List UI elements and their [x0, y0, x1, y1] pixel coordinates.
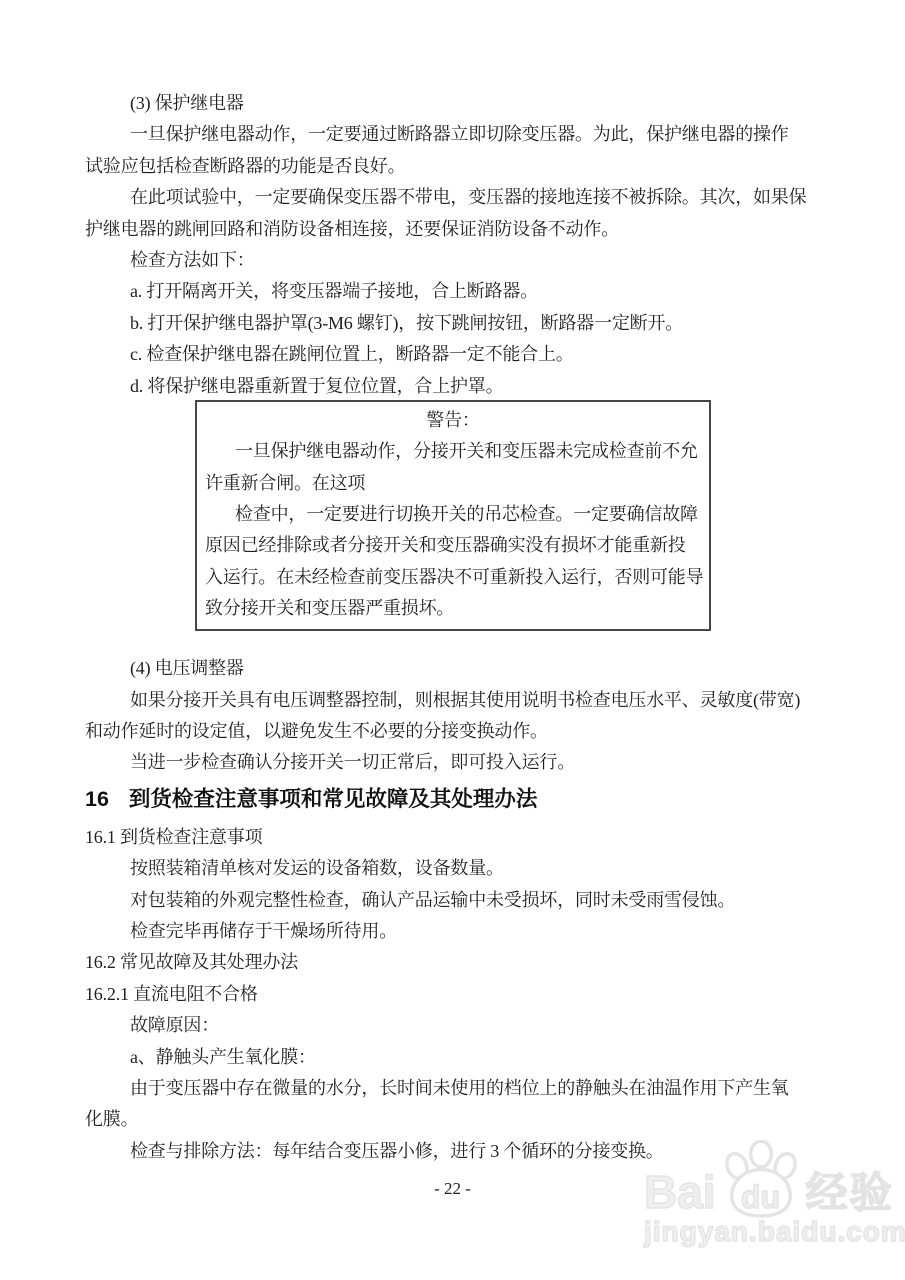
- page-body: (3) 保护继电器 一旦保护继电器动作，一定要通过断路器立即切除变压器。为此，保…: [0, 0, 905, 1167]
- list-item-d: d. 将保护继电器重新置于复位位置，合上护罩。: [85, 371, 905, 402]
- paragraph-line: 检查与排除方法：每年结合变压器小修，进行 3 个循环的分接变换。: [85, 1136, 905, 1167]
- warning-line: 入运行。在未经检查前变压器决不可重新投入运行，否则可能导: [205, 562, 701, 593]
- page-number: - 22 -: [0, 1179, 905, 1199]
- paragraph-line: 一旦保护继电器动作，一定要通过断路器立即切除变压器。为此，保护继电器的操作: [85, 119, 905, 150]
- subsection-16-1-heading: 16.1 到货检查注意事项: [85, 822, 905, 853]
- list-item-c: c. 检查保护继电器在跳闸位置上，断路器一定不能合上。: [85, 339, 905, 370]
- paragraph-line: 化膜。: [85, 1104, 905, 1135]
- section-16-heading: 16到货检查注意事项和常见故障及其处理办法: [85, 782, 905, 816]
- subsection-16-2-heading: 16.2 常见故障及其处理办法: [85, 947, 905, 978]
- paragraph-line: 护继电器的跳闸回路和消防设备相连接，还要保证消防设备不动作。: [85, 214, 905, 245]
- warning-box: 警告： 一旦保护继电器动作，分接开关和变压器未完成检查前不允 许重新合闸。在这项…: [195, 400, 711, 631]
- section-number: 16: [85, 787, 109, 811]
- paragraph-line: 在此项试验中，一定要确保变压器不带电，变压器的接地连接不被拆除。其次，如果保: [85, 182, 905, 213]
- paragraph-line: 按照装箱清单核对发运的设备箱数，设备数量。: [85, 853, 905, 884]
- list-item-b: b. 打开保护继电器护罩(3-M6 螺钉)，按下跳闸按钮，断路器一定断开。: [85, 308, 905, 339]
- section-3-block: (3) 保护继电器 一旦保护继电器动作，一定要通过断路器立即切除变压器。为此，保…: [85, 88, 905, 402]
- warning-line: 检查中，一定要进行切换开关的吊芯检查。一定要确信故障: [205, 499, 701, 530]
- paragraph-line: 检查完毕再储存于干燥场所待用。: [85, 916, 905, 947]
- section-16-block: 16.1 到货检查注意事项 按照装箱清单核对发运的设备箱数，设备数量。 对包装箱…: [85, 822, 905, 1167]
- warning-line: 许重新合闸。在这项: [205, 468, 701, 499]
- warning-line: 致分接开关和变压器严重损坏。: [205, 593, 701, 624]
- watermark-url: jingyan.baidu.com: [644, 1216, 904, 1248]
- paragraph-line: a、静触头产生氧化膜：: [85, 1042, 905, 1073]
- warning-line: 原因已经排除或者分接开关和变压器确实没有损坏才能重新投: [205, 530, 701, 561]
- subsection-16-2-1-heading: 16.2.1 直流电阻不合格: [85, 979, 905, 1010]
- paragraph-line: 由于变压器中存在微量的水分，长时间未使用的档位上的静触头在油温作用下产生氧: [85, 1073, 905, 1104]
- paragraph-line: 检查方法如下：: [85, 245, 905, 276]
- warning-title: 警告：: [205, 405, 701, 436]
- paragraph-line: 对包装箱的外观完整性检查，确认产品运输中未受损坏，同时未受雨雪侵蚀。: [85, 885, 905, 916]
- paragraph-line: 和动作延时的设定值，以避免发生不必要的分接变换动作。: [85, 716, 905, 747]
- paragraph-line: 故障原因：: [85, 1010, 905, 1041]
- paragraph-line: 当进一步检查确认分接开关一切正常后，即可投入运行。: [85, 747, 905, 778]
- section-4-subheading: (4) 电压调整器: [85, 653, 905, 684]
- section-4-block: (4) 电压调整器 如果分接开关具有电压调整器控制，则根据其使用说明书检查电压水…: [85, 653, 905, 779]
- list-item-a: a. 打开隔离开关，将变压器端子接地，合上断路器。: [85, 276, 905, 307]
- section-title: 到货检查注意事项和常见故障及其处理办法: [129, 787, 538, 811]
- section-3-subheading: (3) 保护继电器: [85, 88, 905, 119]
- paragraph-line: 试验应包括检查断路器的功能是否良好。: [85, 151, 905, 182]
- document-page: (3) 保护继电器 一旦保护继电器动作，一定要通过断路器立即切除变压器。为此，保…: [0, 0, 905, 1280]
- warning-line: 一旦保护继电器动作，分接开关和变压器未完成检查前不允: [205, 436, 701, 467]
- paragraph-line: 如果分接开关具有电压调整器控制，则根据其使用说明书检查电压水平、灵敏度(带宽): [85, 685, 905, 716]
